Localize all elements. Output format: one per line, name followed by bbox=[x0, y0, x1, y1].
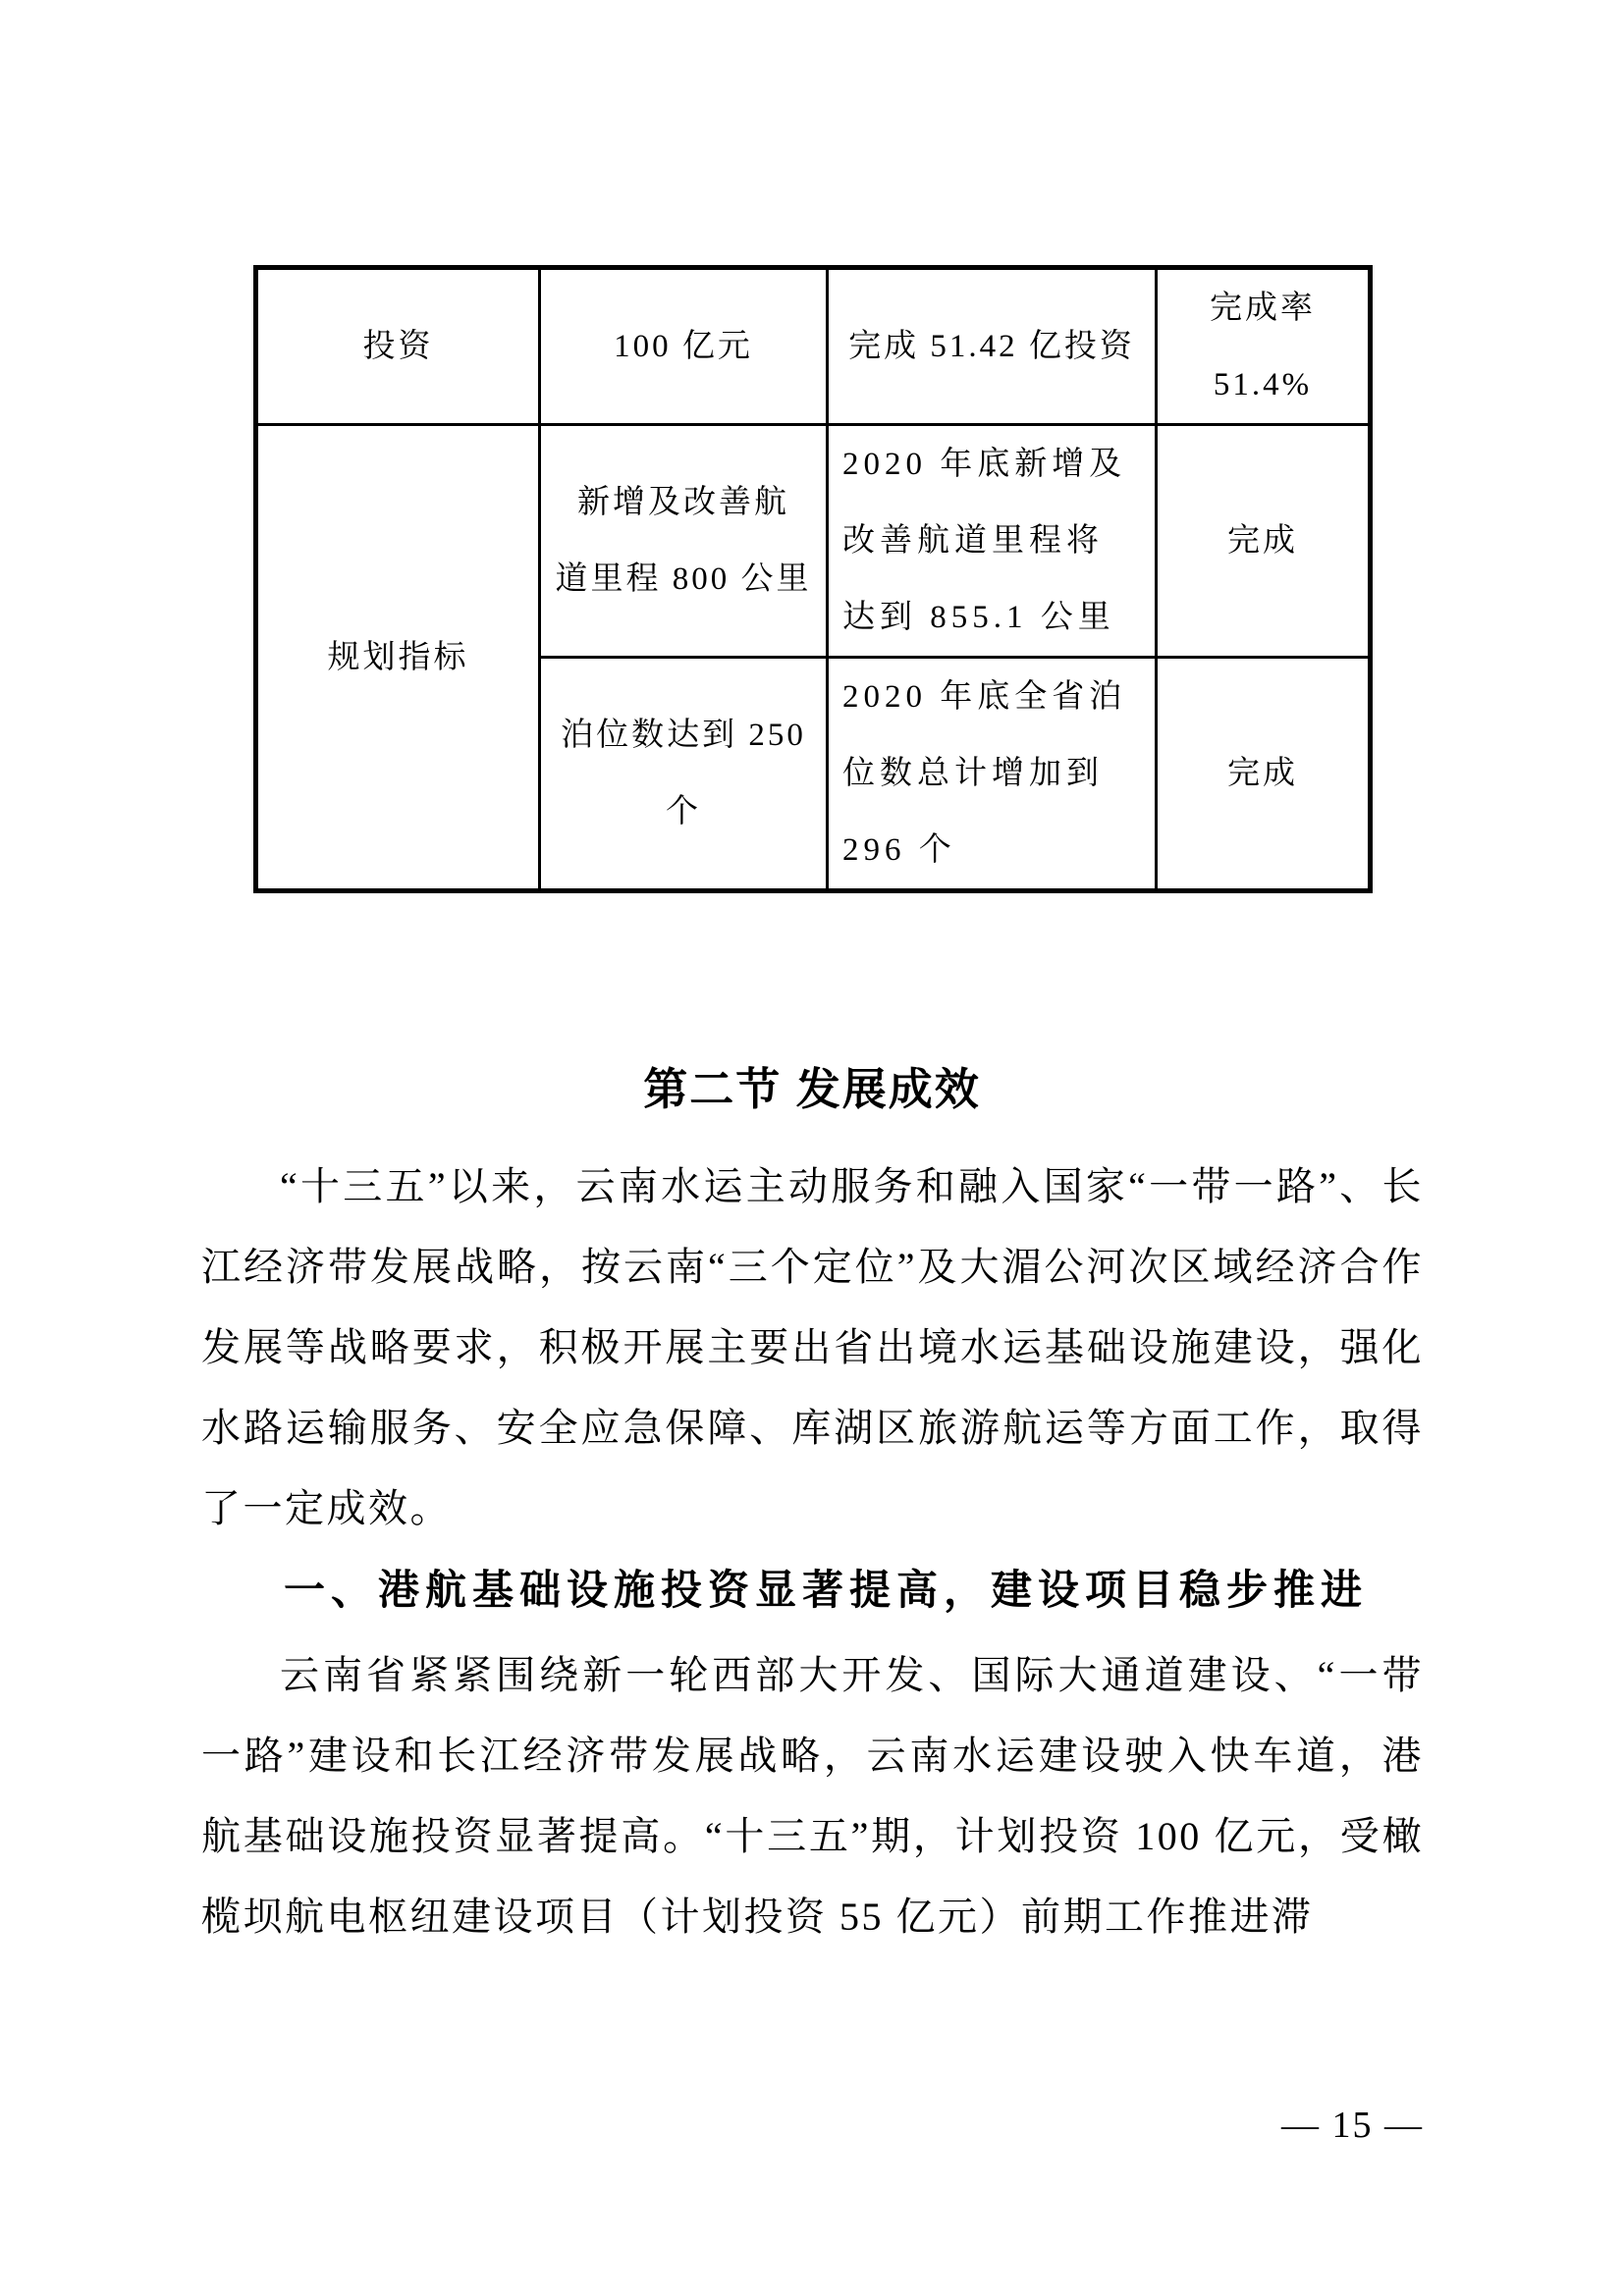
cell-berth-result: 完成 bbox=[1157, 658, 1371, 891]
document-page: 投资 100 亿元 完成 51.42 亿投资 完成率 51.4% 规划指标 新增… bbox=[0, 0, 1624, 2296]
subsection-heading-port-investment: 一、港航基础设施投资显著提高，建设项目稳步推进 bbox=[201, 1550, 1424, 1630]
cell-investment-category: 投资 bbox=[256, 268, 540, 425]
cell-channel-target: 新增及改善航 道里程 800 公里 bbox=[540, 425, 828, 658]
cell-investment-result: 完成率 51.4% bbox=[1157, 268, 1371, 425]
planning-indicators-table: 投资 100 亿元 完成 51.42 亿投资 完成率 51.4% 规划指标 新增… bbox=[253, 265, 1368, 893]
paragraph-investment-detail: 云南省紧紧围绕新一轮西部大开发、国际大通道建设、“一带一路”建设和长江经济带发展… bbox=[201, 1635, 1424, 1957]
cell-planning-category: 规划指标 bbox=[256, 425, 540, 891]
cell-investment-completion: 完成 51.42 亿投资 bbox=[828, 268, 1157, 425]
cell-investment-target: 100 亿元 bbox=[540, 268, 828, 425]
paragraph-development-overview: “十三五”以来，云南水运主动服务和融入国家“一带一路”、长江经济带发展战略，按云… bbox=[201, 1147, 1424, 1549]
cell-channel-result: 完成 bbox=[1157, 425, 1371, 658]
page-number: — 15 — bbox=[1281, 2100, 1424, 2151]
section-title: 第二节 发展成效 bbox=[0, 1060, 1624, 1119]
table-row-channel-mileage: 规划指标 新增及改善航 道里程 800 公里 2020 年底新增及 改善航道里程… bbox=[256, 425, 1371, 658]
table-row-investment: 投资 100 亿元 完成 51.42 亿投资 完成率 51.4% bbox=[256, 268, 1371, 425]
cell-berth-completion: 2020 年底全省泊 位数总计增加到 296 个 bbox=[828, 658, 1157, 891]
cell-berth-target: 泊位数达到 250 个 bbox=[540, 658, 828, 891]
cell-channel-completion: 2020 年底新增及 改善航道里程将 达到 855.1 公里 bbox=[828, 425, 1157, 658]
